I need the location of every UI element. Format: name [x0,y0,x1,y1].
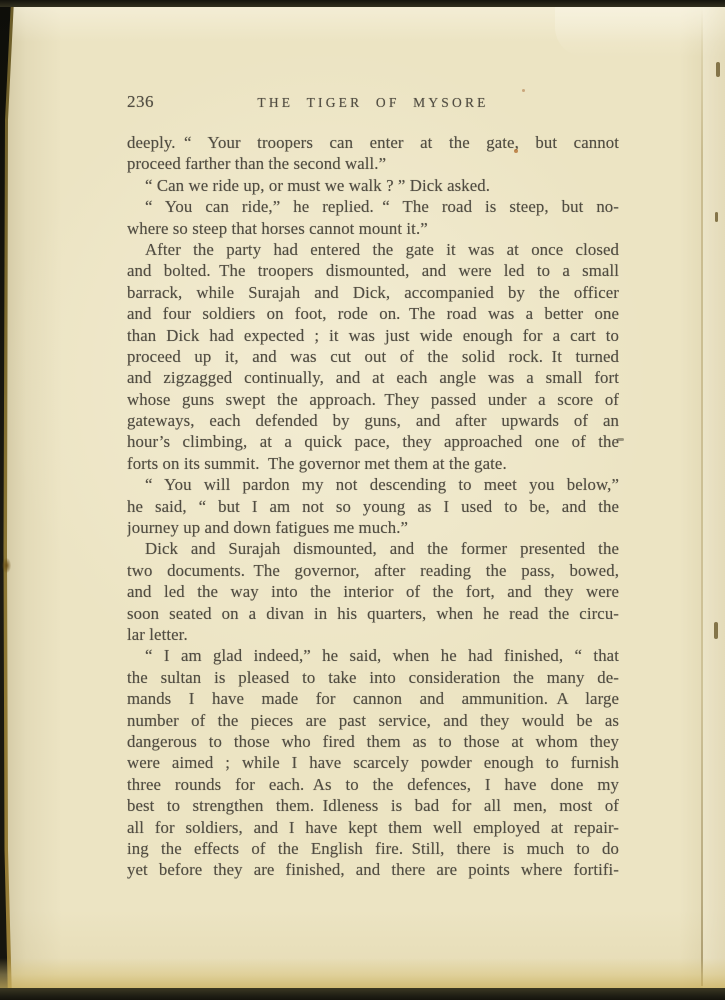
text-line: best to strengthen them. Idleness is bad… [127,795,619,816]
text-line: all for soldiers, and I have kept them w… [127,817,619,838]
text-line: and bolted. The troopers dismounted, and… [127,260,619,281]
text-line: lar letter. [127,624,619,645]
text-line: “ You can ride,” he replied. “ The road … [127,196,619,217]
text-line: than Dick had expected ; it was just wid… [127,325,619,346]
page-bottom-edges [0,958,725,988]
page-edge-nick [716,62,720,77]
text-line: whose guns swept the approach. They pass… [127,389,619,410]
text-line: After the party had entered the gate it … [127,239,619,260]
text-line: journey up and down fatigues me much.” [127,517,619,538]
text-line: ing the effects of the English fire. Sti… [127,838,619,859]
page-text: deeply. “ Your troopers can enter at the… [127,132,619,881]
underlying-page-edge [703,7,725,988]
text-line: mands I have made for cannon and ammunit… [127,688,619,709]
text-line: two documents. The governor, after readi… [127,560,619,581]
text-line: Dick and Surajah dismounted, and the for… [127,538,619,559]
text-line: where so steep that horses cannot mount … [127,218,619,239]
print-fleck [617,438,624,441]
text-line: the sultan is pleased to take into consi… [127,667,619,688]
paper-speck [522,89,525,92]
running-header: THE TIGER OF MYSORE [127,95,619,111]
scan-edge-bottom [0,988,725,1000]
text-line: he said, “ but I am not so young as I us… [127,496,619,517]
text-line: yet before they are finished, and there … [127,859,619,880]
text-line: number of the pieces are past service, a… [127,710,619,731]
text-line: gateways, each defended by guns, and aft… [127,410,619,431]
text-line: dangerous to those who fired them as to … [127,731,619,752]
text-line: “ Can we ride up, or must we walk ? ” Di… [127,175,619,196]
text-line: proceed farther than the second wall.” [127,153,619,174]
text-line: hour’s climbing, at a quick pace, they a… [127,431,619,452]
page-edge-nick [715,212,718,222]
paper-stain [2,558,11,573]
text-line: and led the way into the interior of the… [127,581,619,602]
paper-speck [514,149,518,153]
book-page-scan: 236 THE TIGER OF MYSORE deeply. “ Your t… [0,0,725,1000]
text-line: three rounds for each. As to the defence… [127,774,619,795]
page-edge-nick [714,622,718,639]
text-line: soon seated on a divan in his quarters, … [127,603,619,624]
text-line: “ I am glad indeed,” he said, when he ha… [127,645,619,666]
text-line: proceed up it, and was cut out of the so… [127,346,619,367]
text-line: forts on its summit. The governor met th… [127,453,619,474]
page-corner-highlight [555,7,725,57]
scan-edge-top [0,0,725,7]
text-line: were aimed ; while I have scarcely powde… [127,752,619,773]
text-line: “ You will pardon my not descending to m… [127,474,619,495]
text-line: and four soldiers on foot, rode on. The … [127,303,619,324]
text-line: deeply. “ Your troopers can enter at the… [127,132,619,153]
text-line: and zigzagged continually, and at each a… [127,367,619,388]
text-line: barrack, while Surajah and Dick, accompa… [127,282,619,303]
